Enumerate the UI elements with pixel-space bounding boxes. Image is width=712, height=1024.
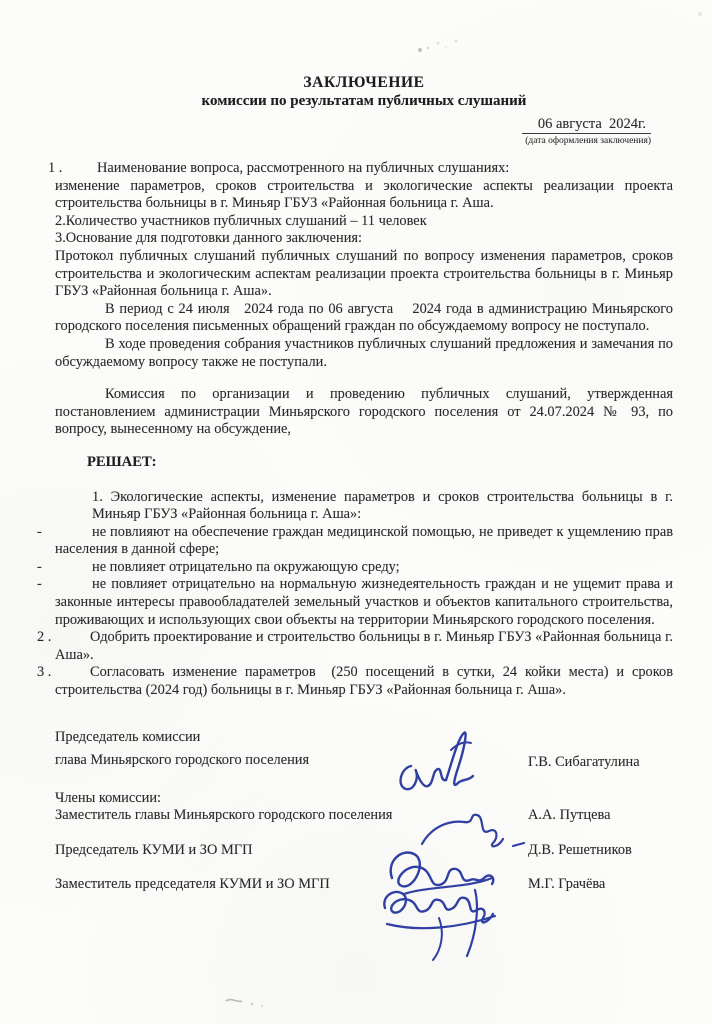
member-row-1: Заместитель главы Миньярского городского… <box>55 807 673 825</box>
numbered-item-1: 1 . Наименование вопроса, рассмотренного… <box>55 160 673 178</box>
chairman-name: Г.В. Сибагатулина <box>528 754 673 772</box>
document-title: ЗАКЛЮЧЕНИЕ <box>55 74 673 92</box>
meeting-paragraph: В ходе проведения собрания участников пу… <box>55 336 673 371</box>
chairman-row: Председатель комиссии глава Миньярского … <box>55 726 673 772</box>
period-paragraph: В период с 24 июля 2024 года по 06 авгус… <box>55 301 673 336</box>
item-2-number: 2 . <box>37 629 51 647</box>
protocol-paragraph: Протокол публичных слушаний публичных сл… <box>55 248 673 301</box>
pencil-smudge-artifact <box>412 34 482 58</box>
resolution-item-3: 3 . Согласовать изменение параметров (25… <box>55 664 673 699</box>
chairman-role-line1: Председатель комиссии <box>55 729 200 745</box>
chairman-role-line2: глава Миньярского городского поселения <box>55 752 309 768</box>
resolution-dash-item-3: - не повлияет отрицательно на нормальную… <box>55 576 673 629</box>
item-1-continuation: изменение параметров, сроков строительст… <box>55 178 673 213</box>
commission-paragraph: Комиссия по организации и проведению пуб… <box>55 386 673 439</box>
pencil-mark-artifact <box>224 995 270 1011</box>
dash-marker: - <box>37 576 42 594</box>
member-3-name: М.Г. Грачёва <box>528 876 673 894</box>
dash-marker: - <box>37 524 42 542</box>
item-3-number: 3 . <box>37 664 51 682</box>
member-row-2: Председатель КУМИ и ЗО МГП Д.В. Решетник… <box>55 842 673 860</box>
scan-dot-artifact <box>694 8 706 20</box>
signature-block: Председатель комиссии глава Миньярского … <box>55 726 673 894</box>
member-1-name: А.А. Путцева <box>528 807 673 825</box>
resolution-item-3-text: Согласовать изменение параметров (250 по… <box>55 664 673 698</box>
resolution-item-2-text: Одобрить проектирование и строительство … <box>55 629 673 663</box>
numbered-item-3: 3.Основание для подготовки данного заклю… <box>55 230 673 248</box>
member-row-3: Заместитель председателя КУМИ и ЗО МГП М… <box>55 876 673 894</box>
dash-item-2-text: не повлияет отрицательно па окружающую с… <box>92 559 400 575</box>
member-2-role: Председатель КУМИ и ЗО МГП <box>55 842 253 860</box>
resolves-heading: РЕШАЕТ: <box>87 454 673 472</box>
resolution-item-1: 1. Экологические аспекты, изменение пара… <box>92 489 673 524</box>
members-heading: Члены комиссии: <box>55 790 673 808</box>
date-block: 06 августа 2024г. (дата оформления заклю… <box>55 115 651 147</box>
document-date: 06 августа 2024г. <box>522 116 651 134</box>
resolution-dash-item-2: - не повлияет отрицательно па окружающую… <box>55 559 673 577</box>
item-1-text: Наименование вопроса, рассмотренного на … <box>97 160 509 176</box>
date-caption: (дата оформления заключения) <box>55 136 651 147</box>
member-3-role: Заместитель председателя КУМИ и ЗО МГП <box>55 876 330 894</box>
dash-item-3-text: не повлияет отрицательно на нормальную ж… <box>55 576 673 627</box>
member-1-role: Заместитель главы Миньярского городского… <box>55 807 392 825</box>
chairman-role: Председатель комиссии глава Миньярского … <box>55 726 309 772</box>
dash-item-1-text: не повлияют на обеспечение граждан медиц… <box>55 524 673 558</box>
scanned-document-page: ЗАКЛЮЧЕНИЕ комиссии по результатам публи… <box>0 0 712 1024</box>
document-body: 1 . Наименование вопроса, рассмотренного… <box>55 160 673 894</box>
dash-marker: - <box>37 559 42 577</box>
numbered-item-2: 2.Количество участников публичных слушан… <box>55 213 673 231</box>
resolution-item-2: 2 . Одобрить проектирование и строительс… <box>55 629 673 664</box>
document-content: ЗАКЛЮЧЕНИЕ комиссии по результатам публи… <box>55 0 673 894</box>
item-1-number: 1 . <box>48 160 62 178</box>
document-subtitle: комиссии по результатам публичных слушан… <box>55 92 673 110</box>
resolution-dash-item-1: - не повлияют на обеспечение граждан мед… <box>55 524 673 559</box>
member-2-name: Д.В. Решетников <box>528 842 673 860</box>
